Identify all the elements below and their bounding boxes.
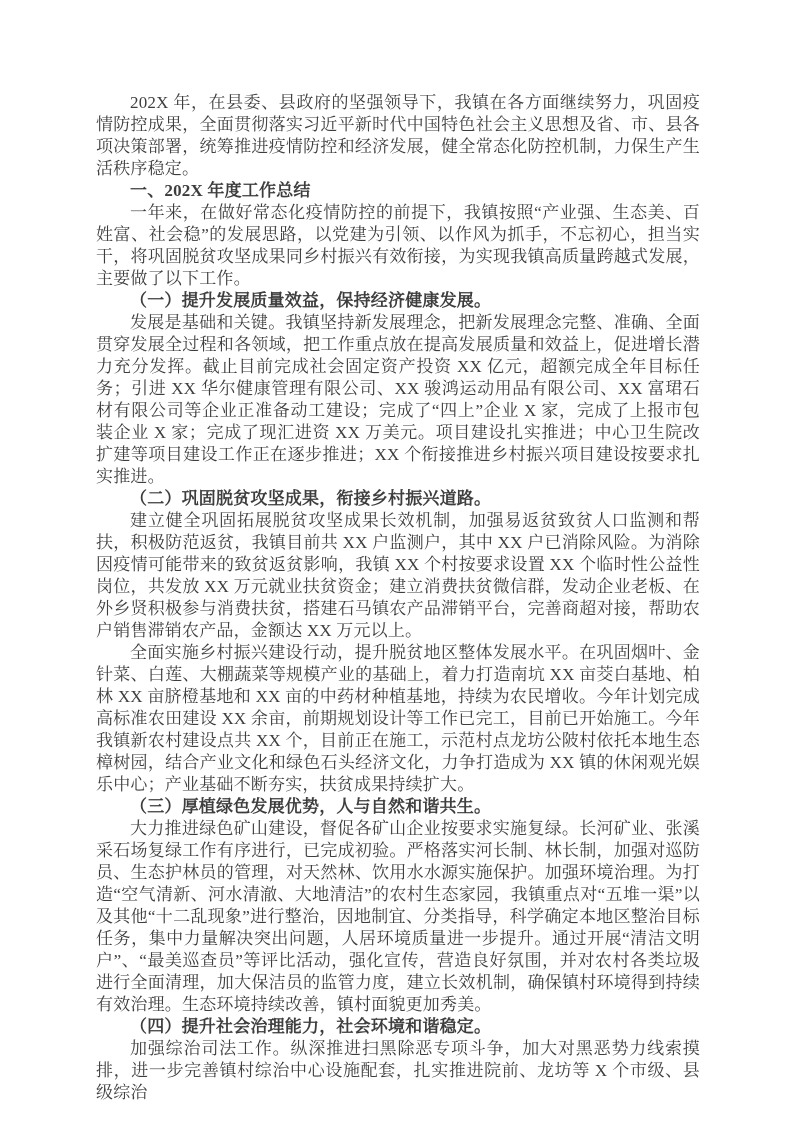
environment-governance-paragraph: 大力推进绿色矿山建设，督促各矿山企业按要求实施复绿。长河矿业、张溪采石场复绿工作… <box>96 818 700 1016</box>
document-page: 202X 年，在县委、县政府的坚强领导下，我镇在各方面继续努力，巩固疫情防控成果… <box>0 0 793 1122</box>
subsection-heading-poverty-alleviation: （二）巩固脱贫攻坚成果，衔接乡村振兴道路。 <box>96 488 700 510</box>
subsection-heading-quality-benefit: （一）提升发展质量效益，保持经济健康发展。 <box>96 290 700 312</box>
poverty-monitoring-paragraph: 建立健全巩固拓展脱贫攻坚成果长效机制，加强易返贫致贫人口监测和帮扶，积极防范返贫… <box>96 510 700 642</box>
rural-revitalization-paragraph: 全面实施乡村振兴建设行动，提升脱贫地区整体发展水平。在巩固烟叶、金针菜、白莲、大… <box>96 642 700 796</box>
subsection-heading-green-development: （三）厚植绿色发展优势，人与自然和谐共生。 <box>96 796 700 818</box>
intro-paragraph: 202X 年，在县委、县政府的坚强领导下，我镇在各方面继续努力，巩固疫情防控成果… <box>96 92 700 180</box>
economy-development-paragraph: 发展是基础和关键。我镇坚持新发展理念，把新发展理念完整、准确、全面贯穿发展全过程… <box>96 312 700 488</box>
section-heading-annual-summary: 一、202X 年度工作总结 <box>96 180 700 202</box>
social-governance-paragraph: 加强综治司法工作。纵深推进扫黑除恶专项斗争，加大对黑恶势力线索摸排，进一步完善镇… <box>96 1038 700 1104</box>
summary-overview-paragraph: 一年来，在做好常态化疫情防控的前提下，我镇按照“产业强、生态美、百姓富、社会稳”… <box>96 202 700 290</box>
subsection-heading-social-governance: （四）提升社会治理能力，社会环境和谐稳定。 <box>96 1016 700 1038</box>
